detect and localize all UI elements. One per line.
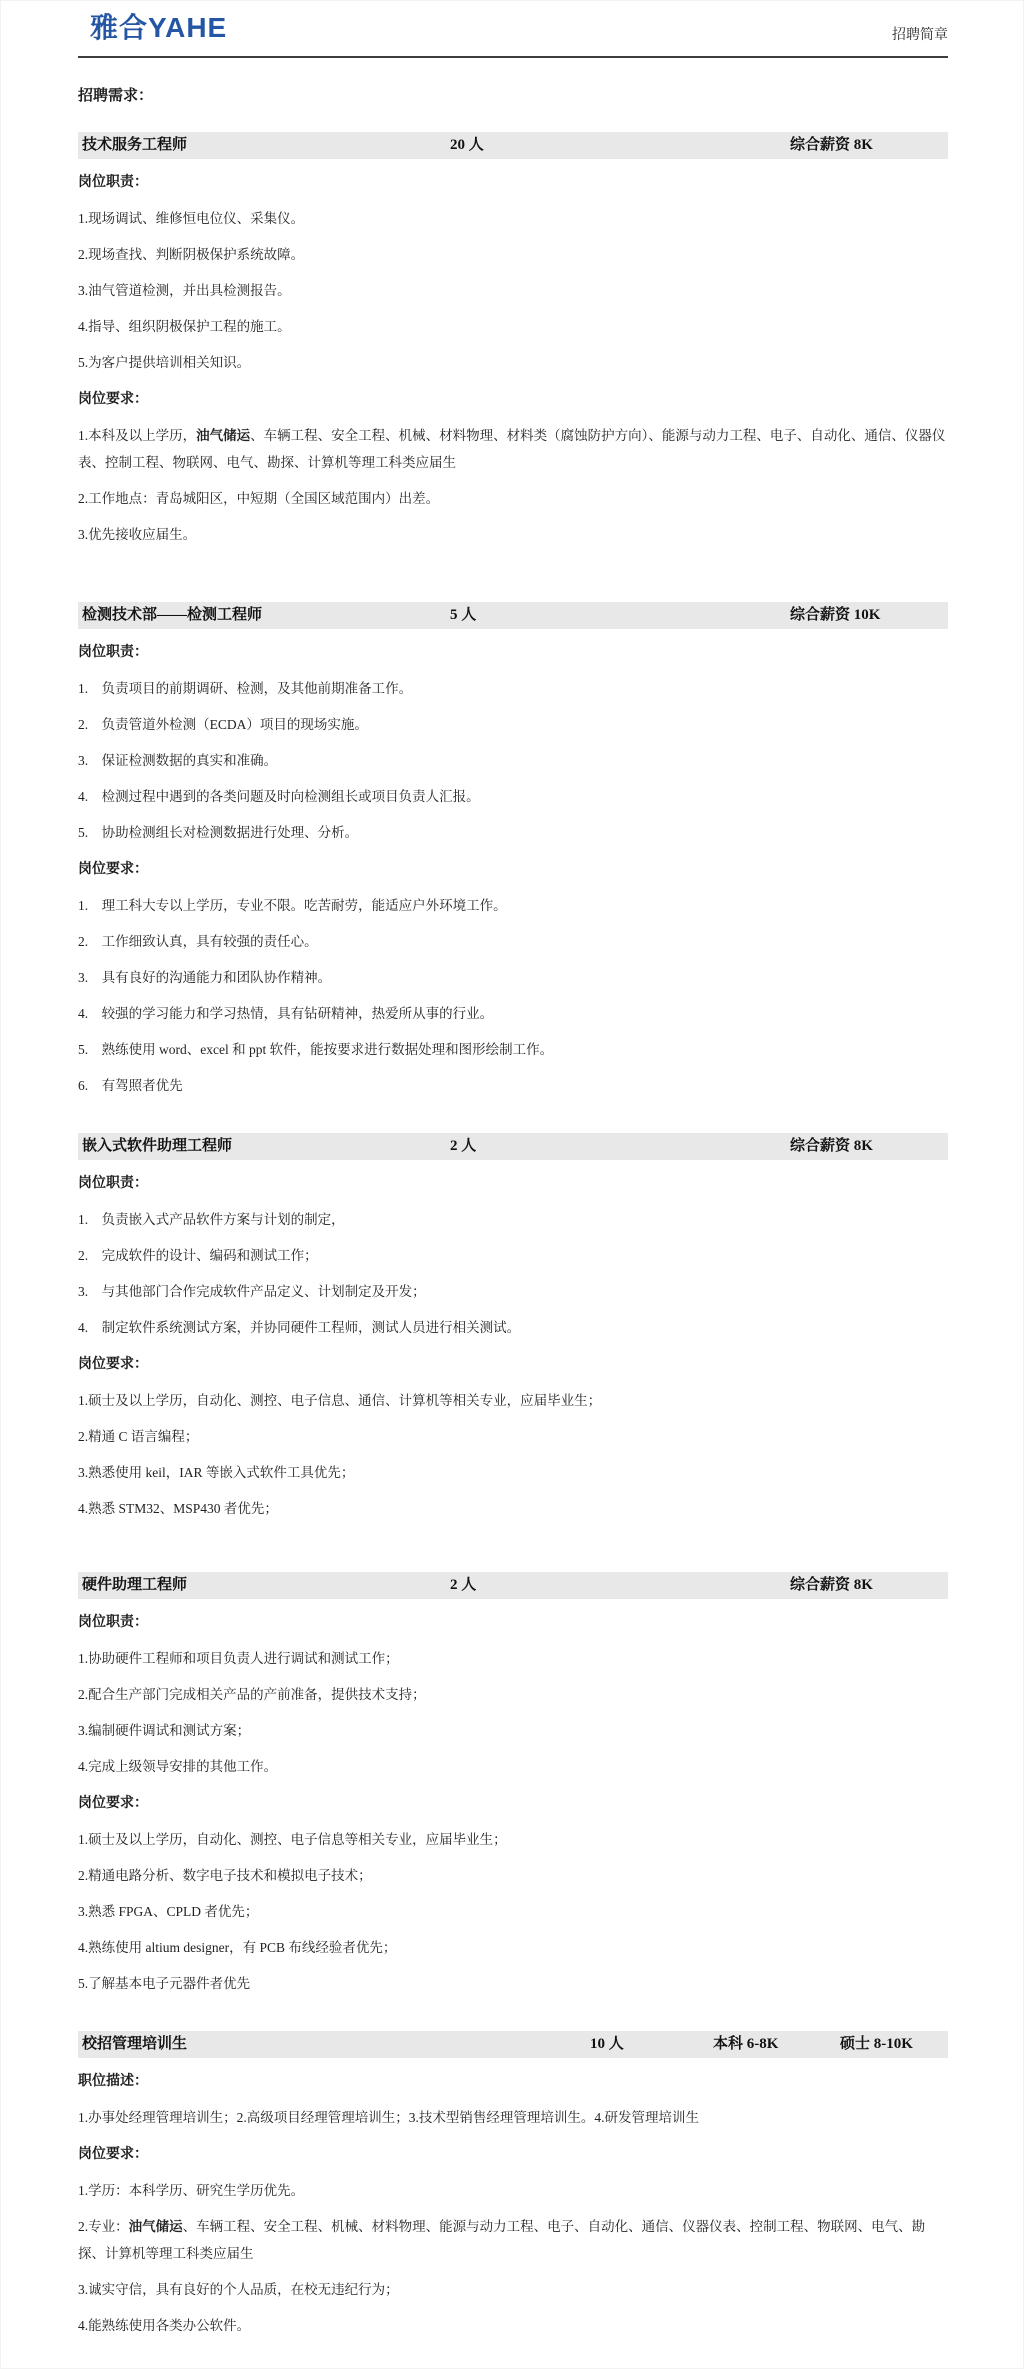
requirements-label: 岗位要求： (78, 856, 948, 883)
list-item: 2.专业：油气储运、车辆工程、安全工程、机械、材料物理、能源与动力工程、电子、自… (78, 2213, 948, 2267)
requirements-label: 岗位要求： (78, 1790, 948, 1817)
responsibilities-label: 岗位职责： (78, 1170, 948, 1197)
job-headcount: 2 人 (450, 1133, 476, 1160)
job-headcount: 5 人 (450, 602, 476, 629)
list-item: 3.编制硬件调试和测试方案； (78, 1717, 948, 1744)
list-item: 3. 与其他部门合作完成软件产品定义、计划制定及开发； (78, 1278, 948, 1305)
list-item: 4.能熟练使用各类办公软件。 (78, 2312, 948, 2339)
job-title: 检测技术部——检测工程师 (78, 602, 262, 629)
requirements-label: 岗位要求： (78, 386, 948, 413)
job-headcount: 20 人 (450, 132, 484, 159)
description-label: 职位描述： (78, 2068, 948, 2095)
list-item: 3.油气管道检测，并出具检测报告。 (78, 277, 948, 304)
job-header-bar: 嵌入式软件助理工程师2 人综合薪资 8K (78, 1133, 948, 1160)
list-item: 1. 负责项目的前期调研、检测，及其他前期准备工作。 (78, 675, 948, 702)
list-item: 4.指导、组织阴极保护工程的施工。 (78, 313, 948, 340)
list-item: 4. 制定软件系统测试方案，并协同硬件工程师，测试人员进行相关测试。 (78, 1314, 948, 1341)
list-item: 2. 完成软件的设计、编码和测试工作； (78, 1242, 948, 1269)
job-headcount: 2 人 (450, 1572, 476, 1599)
job-title: 嵌入式软件助理工程师 (78, 1133, 232, 1160)
list-item: 2.精通 C 语言编程； (78, 1423, 948, 1450)
document-title: 招聘简章 (892, 24, 948, 46)
list-item: 2.现场查找、判断阴极保护系统故障。 (78, 241, 948, 268)
job-title: 硬件助理工程师 (78, 1572, 187, 1599)
list-item: 4. 较强的学习能力和学习热情，具有钻研精神，热爱所从事的行业。 (78, 1000, 948, 1027)
list-item: 6. 有驾照者优先 (78, 1072, 948, 1099)
list-item: 2.配合生产部门完成相关产品的产前准备，提供技术支持； (78, 1681, 948, 1708)
job-salary: 硕士 8-10K (840, 2031, 913, 2058)
job-salary: 综合薪资 10K (790, 602, 880, 629)
job-title: 技术服务工程师 (78, 132, 187, 159)
requirements-label: 岗位要求： (78, 2141, 948, 2168)
list-item: 3. 保证检测数据的真实和准确。 (78, 747, 948, 774)
job-title: 校招管理培训生 (78, 2031, 187, 2058)
document-header: 雅合YAHE 招聘简章 (0, 0, 1024, 52)
responsibilities-label: 岗位职责： (78, 1609, 948, 1636)
list-item: 3.熟悉使用 keil，IAR 等嵌入式软件工具优先； (78, 1459, 948, 1486)
job-header-bar: 技术服务工程师20 人综合薪资 8K (78, 132, 948, 159)
job-salary: 综合薪资 8K (790, 1133, 873, 1160)
list-item: 4.熟练使用 altium designer，有 PCB 布线经验者优先； (78, 1934, 948, 1961)
job-header-bar: 检测技术部——检测工程师5 人综合薪资 10K (78, 602, 948, 629)
recruitment-document: 雅合YAHE 招聘简章 招聘需求： 技术服务工程师20 人综合薪资 8K岗位职责… (0, 0, 1024, 2369)
list-item: 2.工作地点：青岛城阳区，中短期（全国区域范围内）出差。 (78, 485, 948, 512)
list-item: 1.本科及以上学历，油气储运、车辆工程、安全工程、机械、材料物理、材料类（腐蚀防… (78, 422, 948, 476)
list-item: 1.学历：本科学历、研究生学历优先。 (78, 2177, 948, 2204)
list-item: 4. 检测过程中遇到的各类问题及时向检测组长或项目负责人汇报。 (78, 783, 948, 810)
job-header-bar: 校招管理培训生10 人本科 6-8K硕士 8-10K (78, 2031, 948, 2058)
list-item: 1.硕士及以上学历，自动化、测控、电子信息等相关专业，应届毕业生； (78, 1826, 948, 1853)
list-item: 3.优先接收应届生。 (78, 521, 948, 548)
job-section: 技术服务工程师20 人综合薪资 8K岗位职责：1.现场调试、维修恒电位仪、采集仪… (78, 132, 948, 548)
job-salary: 综合薪资 8K (790, 132, 873, 159)
list-item: 5.了解基本电子元器件者优先 (78, 1970, 948, 1997)
list-item: 4.熟悉 STM32、MSP430 者优先； (78, 1495, 948, 1522)
list-item: 1. 理工科大专以上学历，专业不限。吃苦耐劳，能适应户外环境工作。 (78, 892, 948, 919)
job-section: 硬件助理工程师2 人综合薪资 8K岗位职责：1.协助硬件工程师和项目负责人进行调… (78, 1572, 948, 1997)
list-item: 5.为客户提供培训相关知识。 (78, 349, 948, 376)
list-item: 2. 工作细致认真，具有较强的责任心。 (78, 928, 948, 955)
job-sections: 技术服务工程师20 人综合薪资 8K岗位职责：1.现场调试、维修恒电位仪、采集仪… (78, 132, 948, 2339)
list-item: 1.协助硬件工程师和项目负责人进行调试和测试工作； (78, 1645, 948, 1672)
list-item: 1.硕士及以上学历，自动化、测控、电子信息、通信、计算机等相关专业，应届毕业生； (78, 1387, 948, 1414)
requirements-label: 岗位要求： (78, 1351, 948, 1378)
recruitment-needs-heading: 招聘需求： (78, 82, 948, 110)
list-item: 1.办事处经理管理培训生；2.高级项目经理管理培训生；3.技术型销售经理管理培训… (78, 2104, 948, 2131)
job-headcount: 10 人 (590, 2031, 624, 2058)
list-item: 2. 负责管道外检测（ECDA）项目的现场实施。 (78, 711, 948, 738)
list-item: 2.精通电路分析、数字电子技术和模拟电子技术； (78, 1862, 948, 1889)
list-item: 1. 负责嵌入式产品软件方案与计划的制定， (78, 1206, 948, 1233)
job-section: 嵌入式软件助理工程师2 人综合薪资 8K岗位职责：1. 负责嵌入式产品软件方案与… (78, 1133, 948, 1522)
list-item: 1.现场调试、维修恒电位仪、采集仪。 (78, 205, 948, 232)
list-item: 4.完成上级领导安排的其他工作。 (78, 1753, 948, 1780)
job-header-bar: 硬件助理工程师2 人综合薪资 8K (78, 1572, 948, 1599)
job-salary: 综合薪资 8K (790, 1572, 873, 1599)
list-item: 3.诚实守信，具有良好的个人品质，在校无违纪行为； (78, 2276, 948, 2303)
job-section: 校招管理培训生10 人本科 6-8K硕士 8-10K职位描述：1.办事处经理管理… (78, 2031, 948, 2339)
list-item: 3. 具有良好的沟通能力和团队协作精神。 (78, 964, 948, 991)
job-section: 检测技术部——检测工程师5 人综合薪资 10K岗位职责：1. 负责项目的前期调研… (78, 602, 948, 1099)
job-salary: 本科 6-8K (713, 2031, 778, 2058)
responsibilities-label: 岗位职责： (78, 169, 948, 196)
list-item: 5. 熟练使用 word、excel 和 ppt 软件，能按要求进行数据处理和图… (78, 1036, 948, 1063)
company-logo: 雅合YAHE (90, 6, 227, 46)
list-item: 3.熟悉 FPGA、CPLD 者优先； (78, 1898, 948, 1925)
header-divider (78, 56, 948, 58)
list-item: 5. 协助检测组长对检测数据进行处理、分析。 (78, 819, 948, 846)
document-body: 招聘需求： 技术服务工程师20 人综合薪资 8K岗位职责：1.现场调试、维修恒电… (0, 82, 1024, 2369)
responsibilities-label: 岗位职责： (78, 639, 948, 666)
